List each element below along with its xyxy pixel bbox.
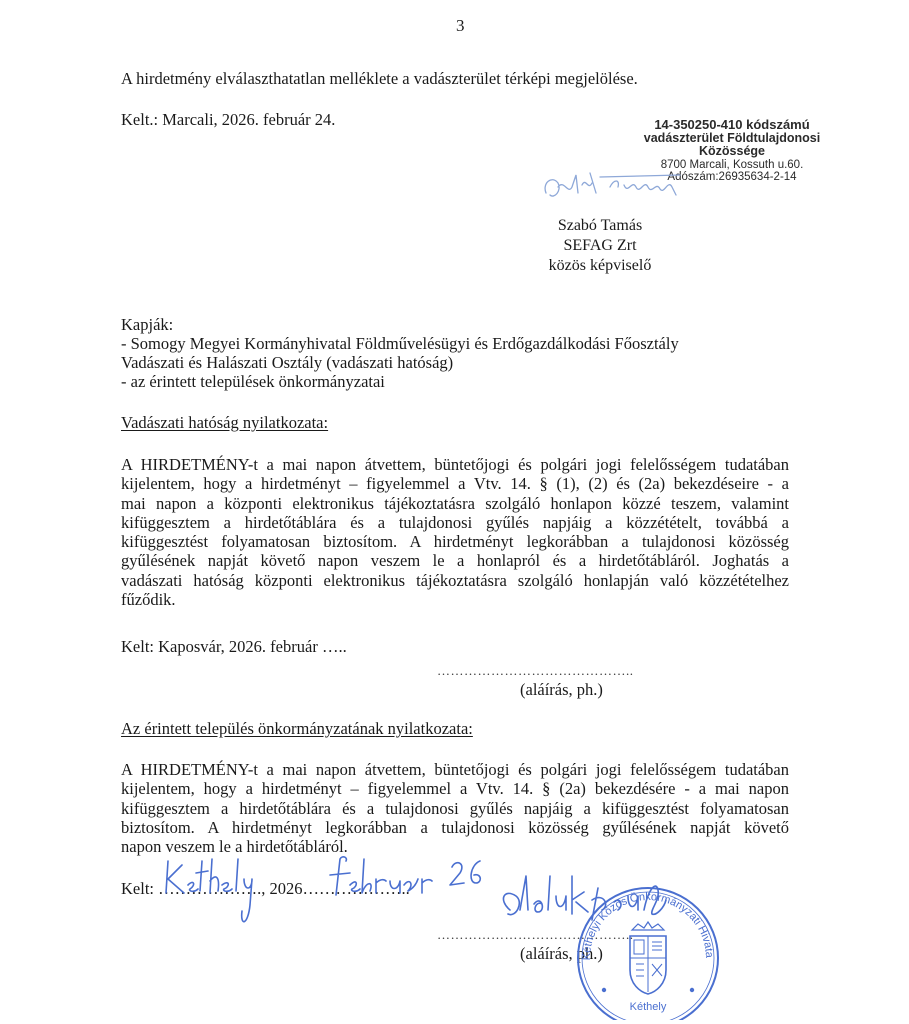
municipality-line: A HIRDETMÉNY-t a mai napon átvettem, bün…: [121, 760, 789, 779]
annex-sentence: A hirdetmény elválaszthatatlan melléklet…: [121, 69, 638, 89]
municipality-line: kifüggesztem a hirdetőtáblára és a tulaj…: [121, 799, 789, 818]
municipality-line: kijelentem, hogy a hirdetményt – figyele…: [121, 779, 789, 798]
stamp-line-2: vadászterület Földtulajdonosi: [612, 132, 852, 146]
authority-line: vadászati hatóság központi elektronikus …: [121, 571, 789, 590]
recipient-item: - az érintett települések önkormányzatai: [121, 372, 385, 392]
recipients-heading: Kapják:: [121, 315, 173, 335]
authority-signature-label: (aláírás, ph.): [520, 680, 603, 700]
stamp-line-3: Közössége: [612, 145, 852, 159]
authority-signature-line: ……………………………………..: [437, 661, 634, 681]
authority-line: kifüggesztem a hirdetőtáblára és a tulaj…: [121, 513, 789, 532]
coat-of-arms-icon: [630, 922, 666, 994]
municipality-line: biztosítom. A hirdetményt legkorábban a …: [121, 818, 789, 837]
recipient-item: - Somogy Megyei Kormányhivatal Földművel…: [121, 334, 679, 354]
authority-statement-body: A HIRDETMÉNY-t a mai napon átvettem, bün…: [121, 455, 789, 609]
signatory-role: közös képviselő: [530, 256, 670, 276]
authority-line: kifüggesztést folyamatosan biztosítom. A…: [121, 532, 789, 551]
seal-bottom-text: Kéthely: [630, 1001, 667, 1013]
authority-statement-heading: Vadászati hatóság nyilatkozata:: [121, 413, 328, 433]
municipality-statement-heading: Az érintett település önkormányzatának n…: [121, 719, 473, 739]
dated-marcali: Kelt.: Marcali, 2026. február 24.: [121, 110, 335, 130]
authority-line: mai napon a központi elektronikus tájéko…: [121, 494, 789, 513]
authority-line: gyűlésének napját követő napon veszem le…: [121, 551, 789, 570]
signatory-block: Szabó Tamás SEFAG Zrt közös képviselő: [530, 216, 670, 276]
authority-line: kijelentem, hogy a hirdetményt – figyele…: [121, 474, 789, 493]
authority-line: A HIRDETMÉNY-t a mai napon átvettem, bün…: [121, 455, 789, 474]
stamp-line-1: 14-350250-410 kódszámú: [612, 118, 852, 132]
municipal-seal: Kéthelyi Közös Önkormányzati Hivatal Két…: [568, 880, 728, 1020]
municipality-statement-body: A HIRDETMÉNY-t a mai napon átvettem, bün…: [121, 760, 789, 856]
signatory-name: Szabó Tamás: [530, 216, 670, 236]
recipient-item: Vadászati és Halászati Osztály (vadászat…: [121, 353, 453, 373]
signatory-company: SEFAG Zrt: [530, 236, 670, 256]
page-number: 3: [456, 16, 465, 36]
authority-line: fűződik.: [121, 590, 789, 609]
municipality-line: napon veszem le a hirdetőtábláról.: [121, 837, 789, 856]
handwritten-place-and-date: [160, 855, 490, 935]
handwritten-signature-szabo: [540, 165, 690, 210]
dated-prefix: Kelt:: [121, 879, 154, 898]
authority-dated: Kelt: Kaposvár, 2026. február …..: [121, 637, 347, 657]
